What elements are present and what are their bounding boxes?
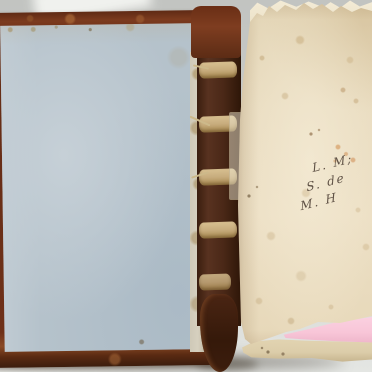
spine-head-cap (191, 6, 241, 58)
endpaper-stains (0, 23, 211, 352)
book-spine (197, 6, 241, 368)
sewing-band (199, 273, 232, 290)
blue-endpaper (0, 23, 211, 352)
sewing-band (199, 61, 238, 78)
photo-of-open-antique-book: L. M; S. de M. H (0, 0, 372, 372)
sewing-band (199, 221, 238, 238)
spine-tail-curl (200, 294, 238, 372)
